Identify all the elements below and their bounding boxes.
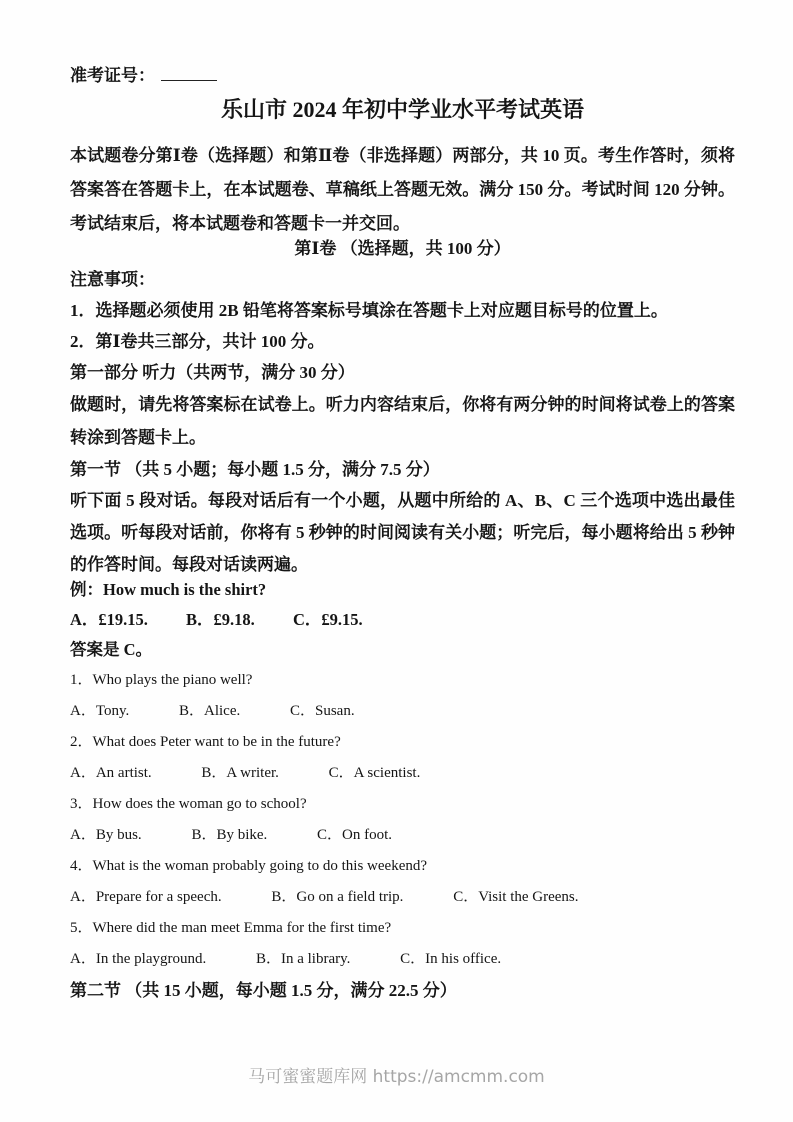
- admission-no-label: 准考证号：: [70, 66, 155, 85]
- intro-paragraph: 本试题卷分第Ⅰ卷（选择题）和第Ⅱ卷（非选择题）两部分，共 10 页。考生作答时，…: [70, 139, 735, 241]
- question-1-option-b: B．Alice.: [179, 696, 240, 727]
- example-option-a: A．£19.15.: [70, 605, 148, 635]
- question-3-option-b: B．By bike.: [191, 820, 267, 851]
- question-5-option-c: C．In his office.: [400, 944, 501, 975]
- question-4-option-b: B．Go on a field trip.: [271, 882, 403, 913]
- example-option-b: B．£9.18.: [186, 605, 255, 635]
- question-4-option-a: A．Prepare for a speech.: [70, 882, 222, 913]
- notes-title: 注意事项：: [70, 264, 735, 295]
- note-item-1: 1．选择题必须使用 2B 铅笔将答案标号填涂在答题卡上对应题目标号的位置上。: [70, 295, 735, 326]
- question-1-options: A．Tony. B．Alice. C．Susan.: [70, 696, 735, 727]
- footer-watermark: 马可蜜蜜题库网 https://amcmm.com: [0, 1066, 793, 1088]
- part1-instruction: 做题时，请先将答案标在试卷上。听力内容结束后，你将有两分钟的时间将试卷上的答案转…: [70, 388, 735, 454]
- question-5-option-a: A．In the playground.: [70, 944, 206, 975]
- question-5-text: 5．Where did the man meet Emma for the fi…: [70, 913, 735, 944]
- question-5-option-b: B．In a library.: [256, 944, 350, 975]
- question-2-option-a: A．An artist.: [70, 758, 152, 789]
- exam-paper-page: 准考证号： 乐山市 2024 年初中学业水平考试英语 本试题卷分第Ⅰ卷（选择题）…: [0, 0, 793, 1122]
- doc-title: 乐山市 2024 年初中学业水平考试英语: [70, 95, 735, 125]
- question-2-option-c: C．A scientist.: [329, 758, 421, 789]
- question-1-text: 1．Who plays the piano well?: [70, 665, 735, 696]
- example-options: A．£19.15. B．£9.18. C．£9.15.: [70, 605, 735, 635]
- question-4-option-c: C．Visit the Greens.: [453, 882, 578, 913]
- question-1-option-a: A．Tony.: [70, 696, 129, 727]
- question-2-text: 2．What does Peter want to be in the futu…: [70, 727, 735, 758]
- example-question: 例：How much is the shirt?: [70, 575, 735, 605]
- question-4-options: A．Prepare for a speech. B．Go on a field …: [70, 882, 735, 913]
- question-5-options: A．In the playground. B．In a library. C．I…: [70, 944, 735, 975]
- section-b-heading: 第二节 （共 15 小题，每小题 1.5 分，满分 22.5 分）: [70, 975, 735, 1006]
- section-a-heading: 第一节 （共 5 小题；每小题 1.5 分，满分 7.5 分）: [70, 454, 735, 485]
- note-item-2: 2．第Ⅰ卷共三部分，共计 100 分。: [70, 326, 735, 357]
- question-3-option-c: C．On foot.: [317, 820, 392, 851]
- admission-no-row: 准考证号：: [70, 60, 735, 91]
- question-1-option-c: C．Susan.: [290, 696, 355, 727]
- admission-no-blank: [161, 65, 217, 81]
- question-3-options: A．By bus. B．By bike. C．On foot.: [70, 820, 735, 851]
- section-a-instruction: 听下面 5 段对话。每段对话后有一个小题，从题中所给的 A、B、C 三个选项中选…: [70, 485, 735, 581]
- part1-heading: 第一部分 听力（共两节，满分 30 分）: [70, 357, 735, 388]
- question-3-text: 3．How does the woman go to school?: [70, 789, 735, 820]
- example-answer: 答案是 C。: [70, 635, 735, 665]
- question-4-text: 4．What is the woman probably going to do…: [70, 851, 735, 882]
- example-option-c: C．£9.15.: [293, 605, 363, 635]
- question-2-options: A．An artist. B．A writer. C．A scientist.: [70, 758, 735, 789]
- question-2-option-b: B．A writer.: [201, 758, 279, 789]
- question-3-option-a: A．By bus.: [70, 820, 142, 851]
